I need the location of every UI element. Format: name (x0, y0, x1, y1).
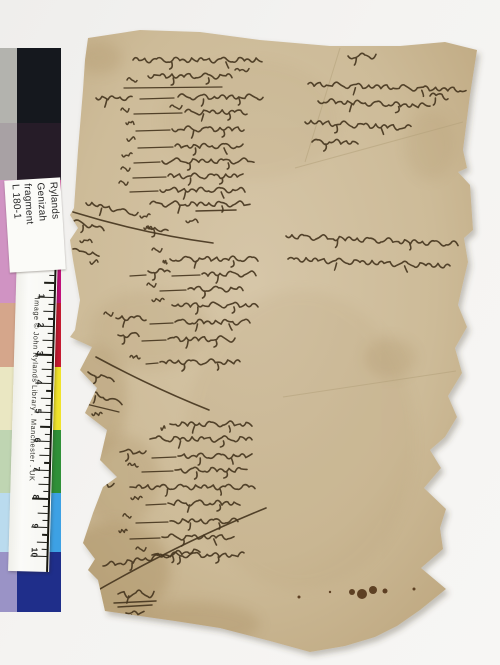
fragment-label: Rylands Genizah fragment L 180-1 (4, 177, 66, 272)
color-patch-tint (0, 123, 17, 180)
ruler-number: 10 (29, 547, 39, 557)
ruler-tick (43, 311, 53, 313)
ruler-tick (43, 477, 49, 478)
ruler-number: 6 (33, 437, 43, 442)
ruler-tick (37, 541, 47, 543)
color-patch-solid (17, 48, 61, 123)
ruler-tick (44, 462, 50, 463)
ruler-number: 3 (35, 351, 45, 356)
ruler-tick (38, 512, 48, 514)
ruler-tick (44, 282, 54, 284)
ruler-tick (42, 534, 48, 535)
ruler-tick (46, 361, 52, 362)
ruler-tick (39, 455, 49, 457)
color-patch-tint (0, 48, 17, 123)
ruler-number: 4 (34, 380, 44, 385)
ruler-tick (47, 333, 53, 334)
ruler-tick (42, 369, 52, 371)
ruler-tick (43, 491, 49, 492)
ruler-tick (40, 426, 50, 428)
ruler-number: 5 (33, 409, 43, 414)
ruler-number: 7 (32, 466, 42, 471)
ruler-tick (38, 484, 48, 486)
manuscript-photo (0, 0, 500, 665)
ruler-number: 8 (31, 495, 41, 500)
ruler-tick (49, 275, 55, 276)
ruler-tick (41, 549, 47, 550)
color-patch-row-gray-plum (0, 123, 61, 180)
ruler-tick (47, 347, 53, 348)
ruler-tick (46, 376, 52, 377)
color-patch-row-gray-black (0, 48, 61, 123)
ruler-tick (45, 405, 51, 406)
ruler-tick (46, 390, 52, 391)
ruler-number: 1 (37, 293, 47, 298)
fragment-label-text: Rylands Genizah fragment L 180-1 (7, 181, 63, 268)
ruler-tick (44, 433, 50, 434)
ruler-tick (41, 397, 51, 399)
ruler-tick (48, 289, 54, 290)
ruler-tick (45, 419, 51, 420)
ruler-tick (48, 304, 54, 305)
ruler-tick (44, 448, 50, 449)
ruler-tick (42, 505, 48, 506)
ruler-number: 9 (30, 524, 40, 529)
color-patch-solid (17, 123, 61, 180)
ruler-tick (42, 340, 52, 342)
ruler-tick (42, 520, 48, 521)
ruler-number: 2 (36, 322, 46, 327)
ruler-tick (48, 318, 54, 319)
